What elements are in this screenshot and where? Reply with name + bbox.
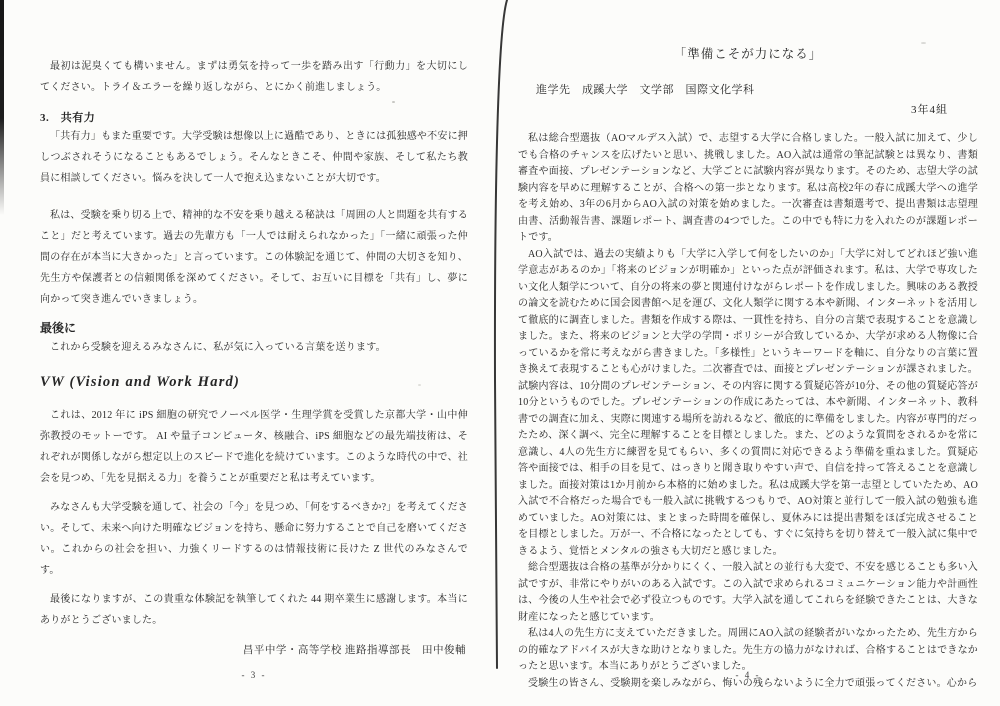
motto-paragraph-1: これは、2012 年に iPS 細胞の研究でノーベル医学・生理学賞を受賞した京都…: [40, 405, 468, 489]
motto-heading: VW (Vision and Work Hard): [40, 372, 468, 392]
finally-intro-paragraph: これから受験を迎えるみなさんに、私が気に入っている言葉を送ります。: [40, 337, 468, 358]
page-number-left: - 3 -: [40, 670, 468, 680]
class-label: 3年4組: [518, 103, 978, 118]
section-3-heading: 3. 共有力: [40, 110, 468, 126]
thanks-paragraph: 最後になりますが、この貴重な体験記を執筆してくれた 44 期卒業生に感謝します。…: [40, 589, 468, 631]
page-left: 最初は泥臭くても構いません。まずは勇気を持って一歩を踏み出す「行動力」を大切にし…: [40, 0, 468, 706]
destination-line: 進学先 成蹊大学 文学部 国際文化学科: [518, 83, 978, 98]
essay-paragraph-2: AO入試では、過去の実績よりも「大学に入学して何をしたいのか」「大学に対してどれ…: [518, 247, 978, 561]
section-3-paragraph-1: 「共有力」もまた重要です。大学受験は想像以上に過酷であり、ときには孤独感や不安に…: [40, 126, 468, 189]
scanned-document-spread: 最初は泥臭くても構いません。まずは勇気を持って一歩を踏み出す「行動力」を大切にし…: [0, 0, 1000, 706]
section-3-paragraph-2: 私は、受験を乗り切る上で、精神的な不安を乗り越える秘訣は「周囲の人と問題を共有す…: [40, 205, 468, 310]
intro-paragraph: 最初は泥臭くても構いません。まずは勇気を持って一歩を踏み出す「行動力」を大切にし…: [40, 56, 468, 98]
essay-paragraph-3: 総合型選抜は合格の基準が分かりにくく、一般入試との並行も大変で、不安を感じること…: [518, 560, 978, 626]
essay-title: 「準備こそが力になる」: [518, 46, 978, 63]
motto-paragraph-2: みなさんも大学受験を通して、社会の「今」を見つめ、「何をするべきか?」を考えてく…: [40, 497, 468, 581]
signature-line: 昌平中学・高等学校 進路指導部長 田中俊輔: [40, 643, 468, 658]
essay-paragraph-1: 私は総合型選抜（AOマルデス入試）で、志望する大学に合格しました。一般入試に加え…: [518, 131, 978, 247]
finally-heading: 最後に: [40, 320, 468, 337]
page-right: 「準備こそが力になる」 進学先 成蹊大学 文学部 国際文化学科 3年4組 私は総…: [518, 0, 978, 706]
page-number-right: - 4 -: [518, 670, 978, 680]
essay-paragraph-4: 私は4人の先生方に支えていただきました。周囲にAO入試の経験者がいなかったため、…: [518, 626, 978, 676]
